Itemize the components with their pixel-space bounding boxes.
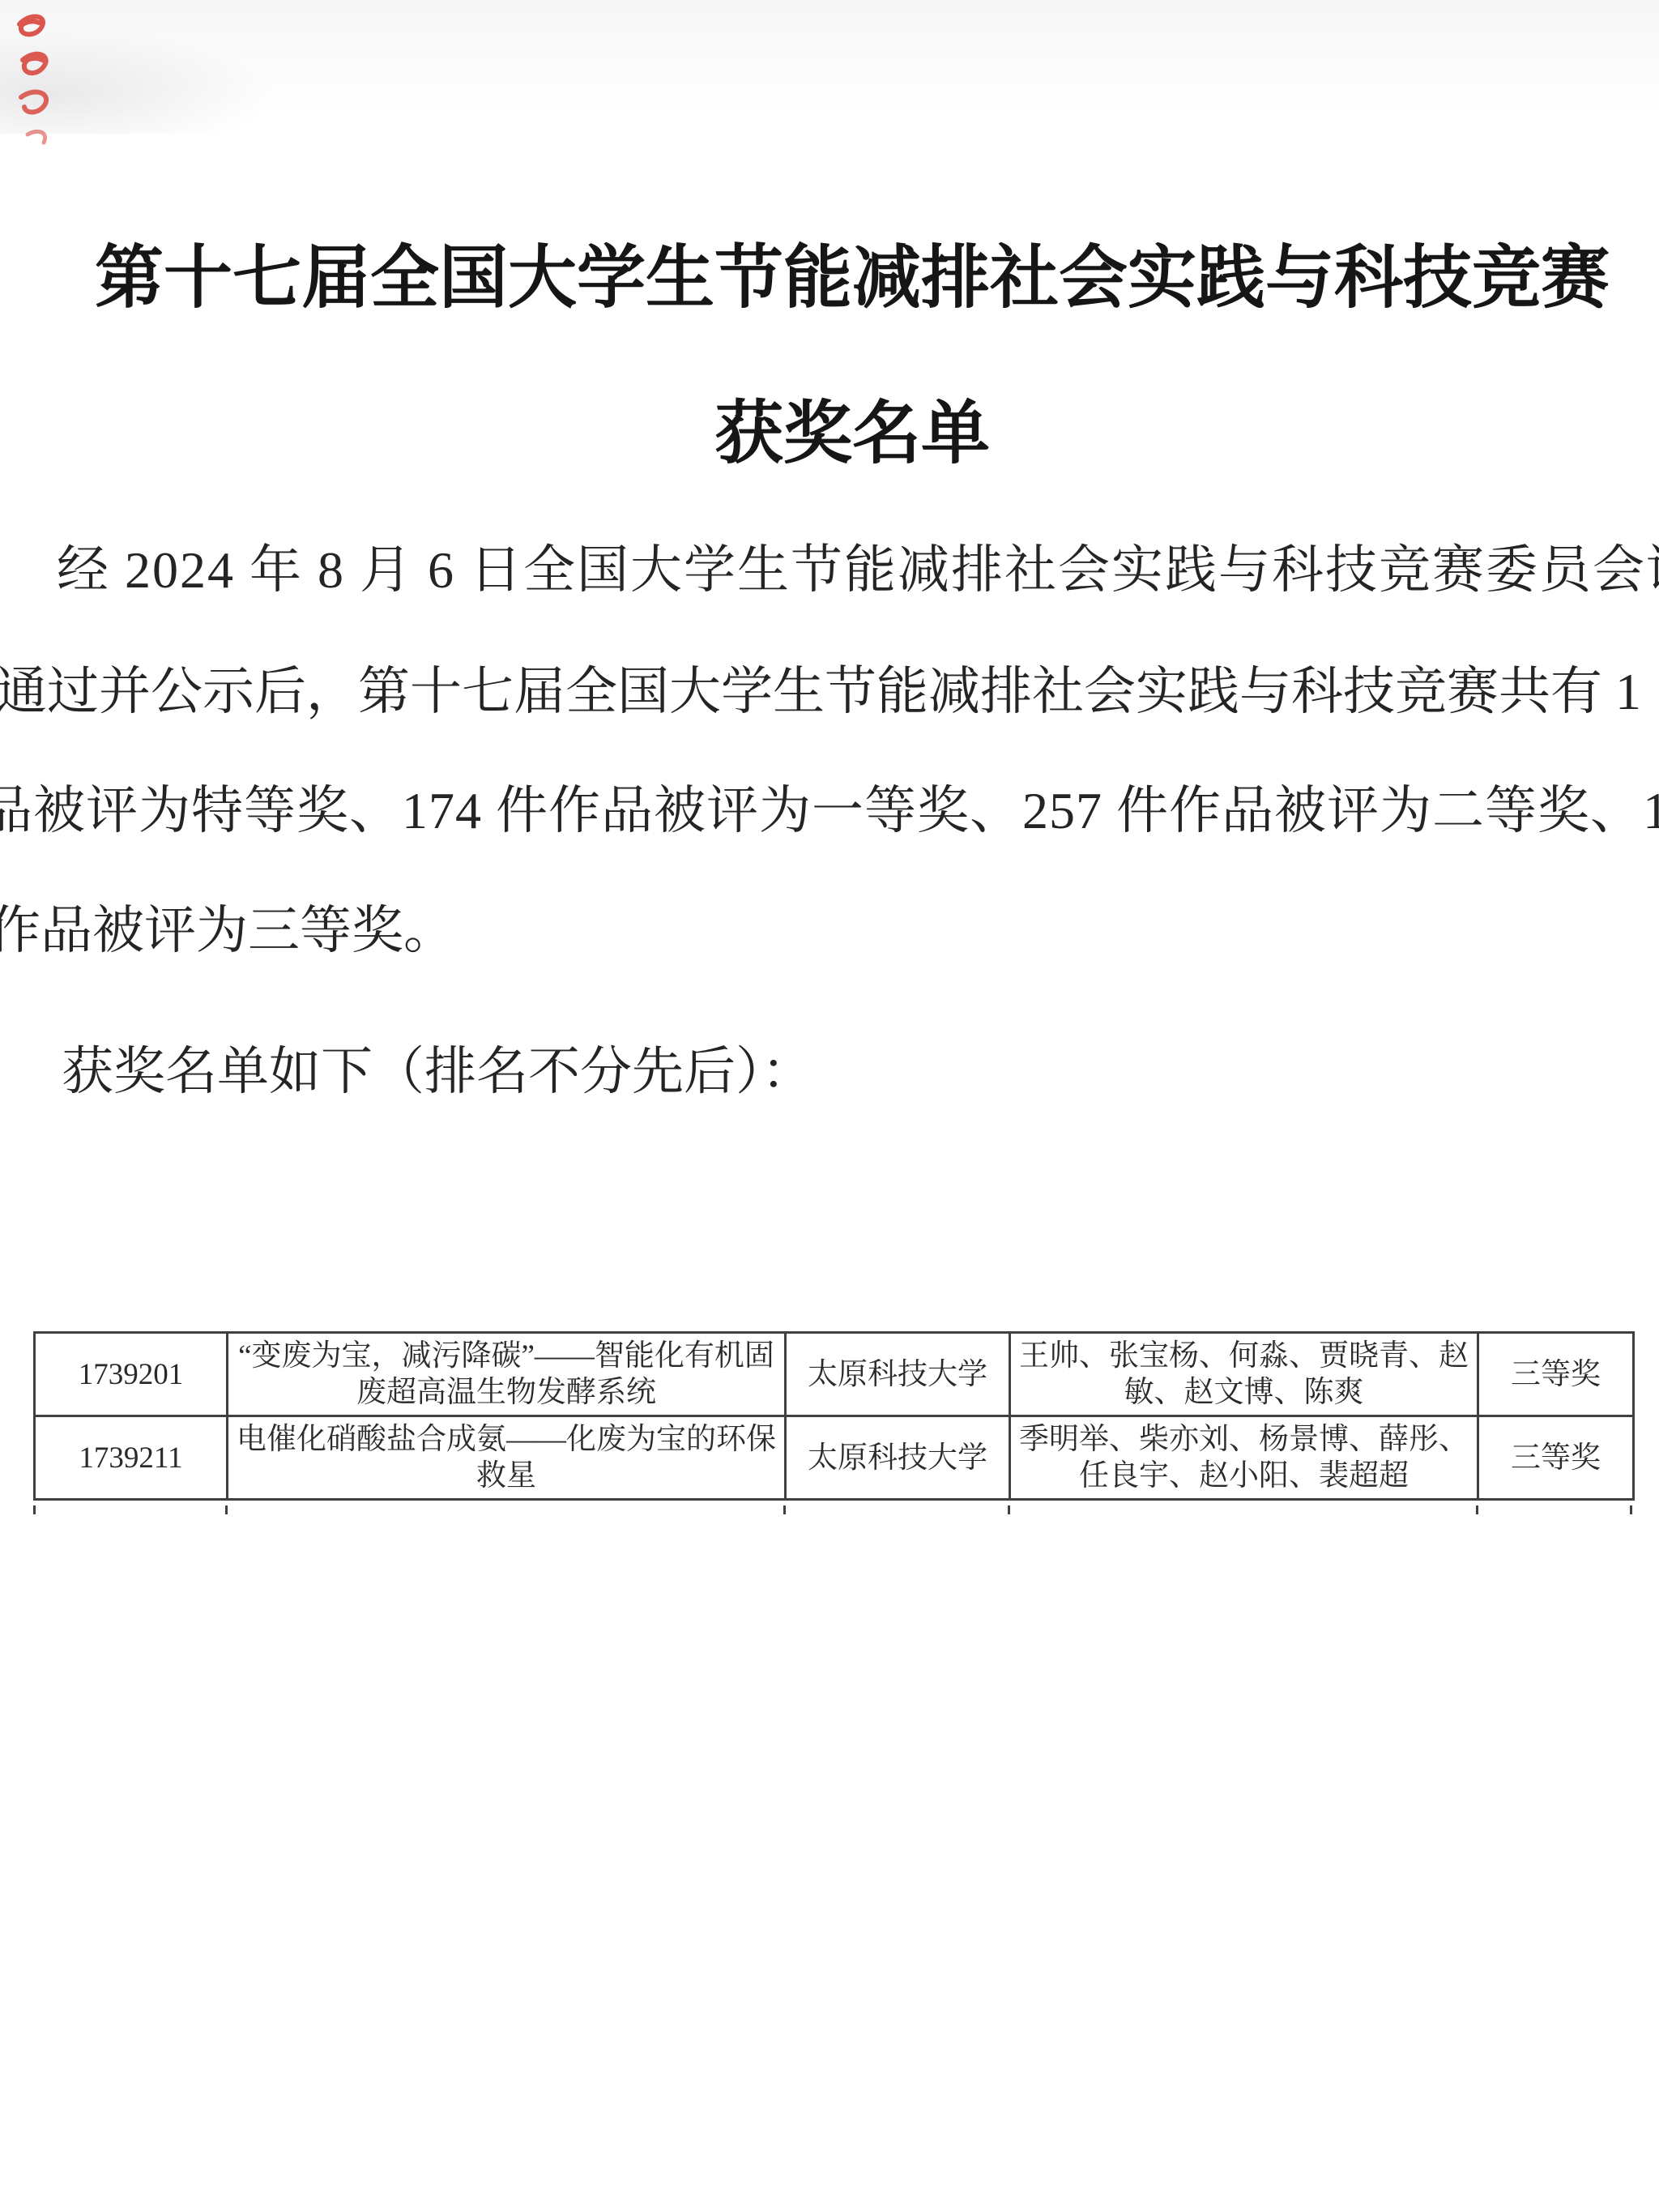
red-pen-scribble: [11, 6, 68, 193]
cell-work-title: “变废为宝，减污降碳”——智能化有机固废超高温生物发酵系统: [228, 1333, 786, 1416]
body-line-1: 经 2024 年 8 月 6 日全国大学生节能减排社会实践与科技竞赛委员会评审: [57, 539, 1659, 602]
body-line-3: 品被评为特等奖、174 件作品被评为一等奖、257 件作品被评为二等奖、1: [0, 779, 1659, 843]
cutoff-stub: [33, 1505, 36, 1514]
table-row: 1739201 “变废为宝，减污降碳”——智能化有机固废超高温生物发酵系统 太原…: [35, 1333, 1634, 1416]
cell-award: 三等奖: [1478, 1333, 1634, 1416]
cutoff-stub: [1476, 1505, 1478, 1514]
body-line-2: 通过并公示后，第十七届全国大学生节能减排社会实践与科技竞赛共有 1: [0, 660, 1641, 724]
document-page: { "document": { "title_line1": "第十七届全国大学…: [0, 0, 1659, 2212]
body-line-4: 作品被评为三等奖。: [0, 899, 455, 963]
document-title-line2: 获奖名单: [23, 394, 1659, 475]
cell-award: 三等奖: [1478, 1416, 1634, 1500]
cell-work-title: 电催化硝酸盐合成氨——化废为宝的环保救星: [228, 1416, 786, 1500]
cutoff-stub: [783, 1505, 786, 1514]
cell-entry-id: 1739211: [35, 1416, 228, 1500]
cutoff-stub: [1630, 1505, 1632, 1514]
document-title-line1: 第十七届全国大学生节能减排社会实践与科技竞赛: [23, 238, 1659, 319]
award-table: 1739201 “变废为宝，减污降碳”——智能化有机固废超高温生物发酵系统 太原…: [33, 1331, 1635, 1501]
cutoff-stub: [1008, 1505, 1010, 1514]
cell-school: 太原科技大学: [786, 1416, 1010, 1500]
cell-members: 季明举、柴亦刘、杨景博、薛彤、任良宇、赵小阳、裴超超: [1010, 1416, 1478, 1500]
award-table-container: 1739201 “变废为宝，减污降碳”——智能化有机固废超高温生物发酵系统 太原…: [33, 1331, 1635, 1501]
table-row: 1739211 电催化硝酸盐合成氨——化废为宝的环保救星 太原科技大学 季明举、…: [35, 1416, 1634, 1500]
cell-school: 太原科技大学: [786, 1333, 1010, 1416]
cell-entry-id: 1739201: [35, 1333, 228, 1416]
cell-members: 王帅、张宝杨、何淼、贾晓青、赵敏、赵文博、陈爽: [1010, 1333, 1478, 1416]
cutoff-stub: [225, 1505, 228, 1514]
body-line-5-list-intro: 获奖名单如下（排名不分先后）：: [62, 1040, 813, 1104]
